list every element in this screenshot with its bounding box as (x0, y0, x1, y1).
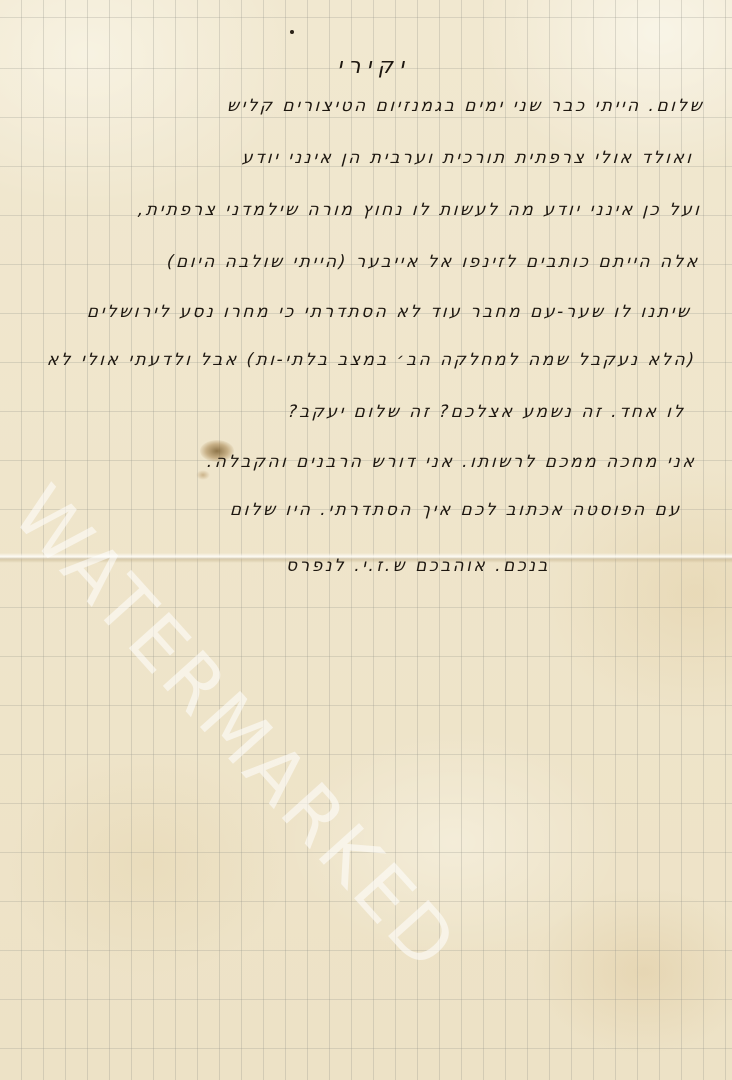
ink-dot (290, 30, 294, 34)
letter-line-1: שלום. הייתי כבר שני ימים בגמנזיום הטיצור… (226, 96, 705, 116)
letter-page: יקירי שלום. הייתי כבר שני ימים בגמנזיום … (0, 0, 732, 1080)
watermark: WATERMARKED (0, 470, 475, 988)
letter-line-6: (הלא נעקבל שמה למחלקה הב׳ במצב בלתי-ות) … (46, 350, 697, 370)
signature: בנכם. אוהבכם ש.ז.י. לנפרס (286, 556, 550, 576)
salutation: יקירי (337, 54, 410, 79)
letter-line-2: ואולד אולי צרפתית תורכית וערבית הן אינני… (242, 148, 695, 168)
letter-line-3: ועל כן אינני יודע מה לעשות לו נחוץ מורה … (138, 200, 703, 220)
letter-line-8: אני מחכה ממכם לרשותו. אני דורש הרבנים וה… (206, 452, 697, 472)
letter-line-4: אלה הייתם כותבים לזינפו אל אייבער (הייתי… (167, 252, 701, 272)
letter-line-9: עם הפוסטה אכתוב לכם איך הסתדרתי. היו שלו… (230, 500, 683, 520)
letter-line-5: שיתנו לו שער-עם מחבר עוד לא הסתדרתי כי מ… (87, 302, 693, 322)
letter-line-7: לו אחד. זה נשמע אצלכם? זה שלום יעקב? (288, 402, 687, 422)
